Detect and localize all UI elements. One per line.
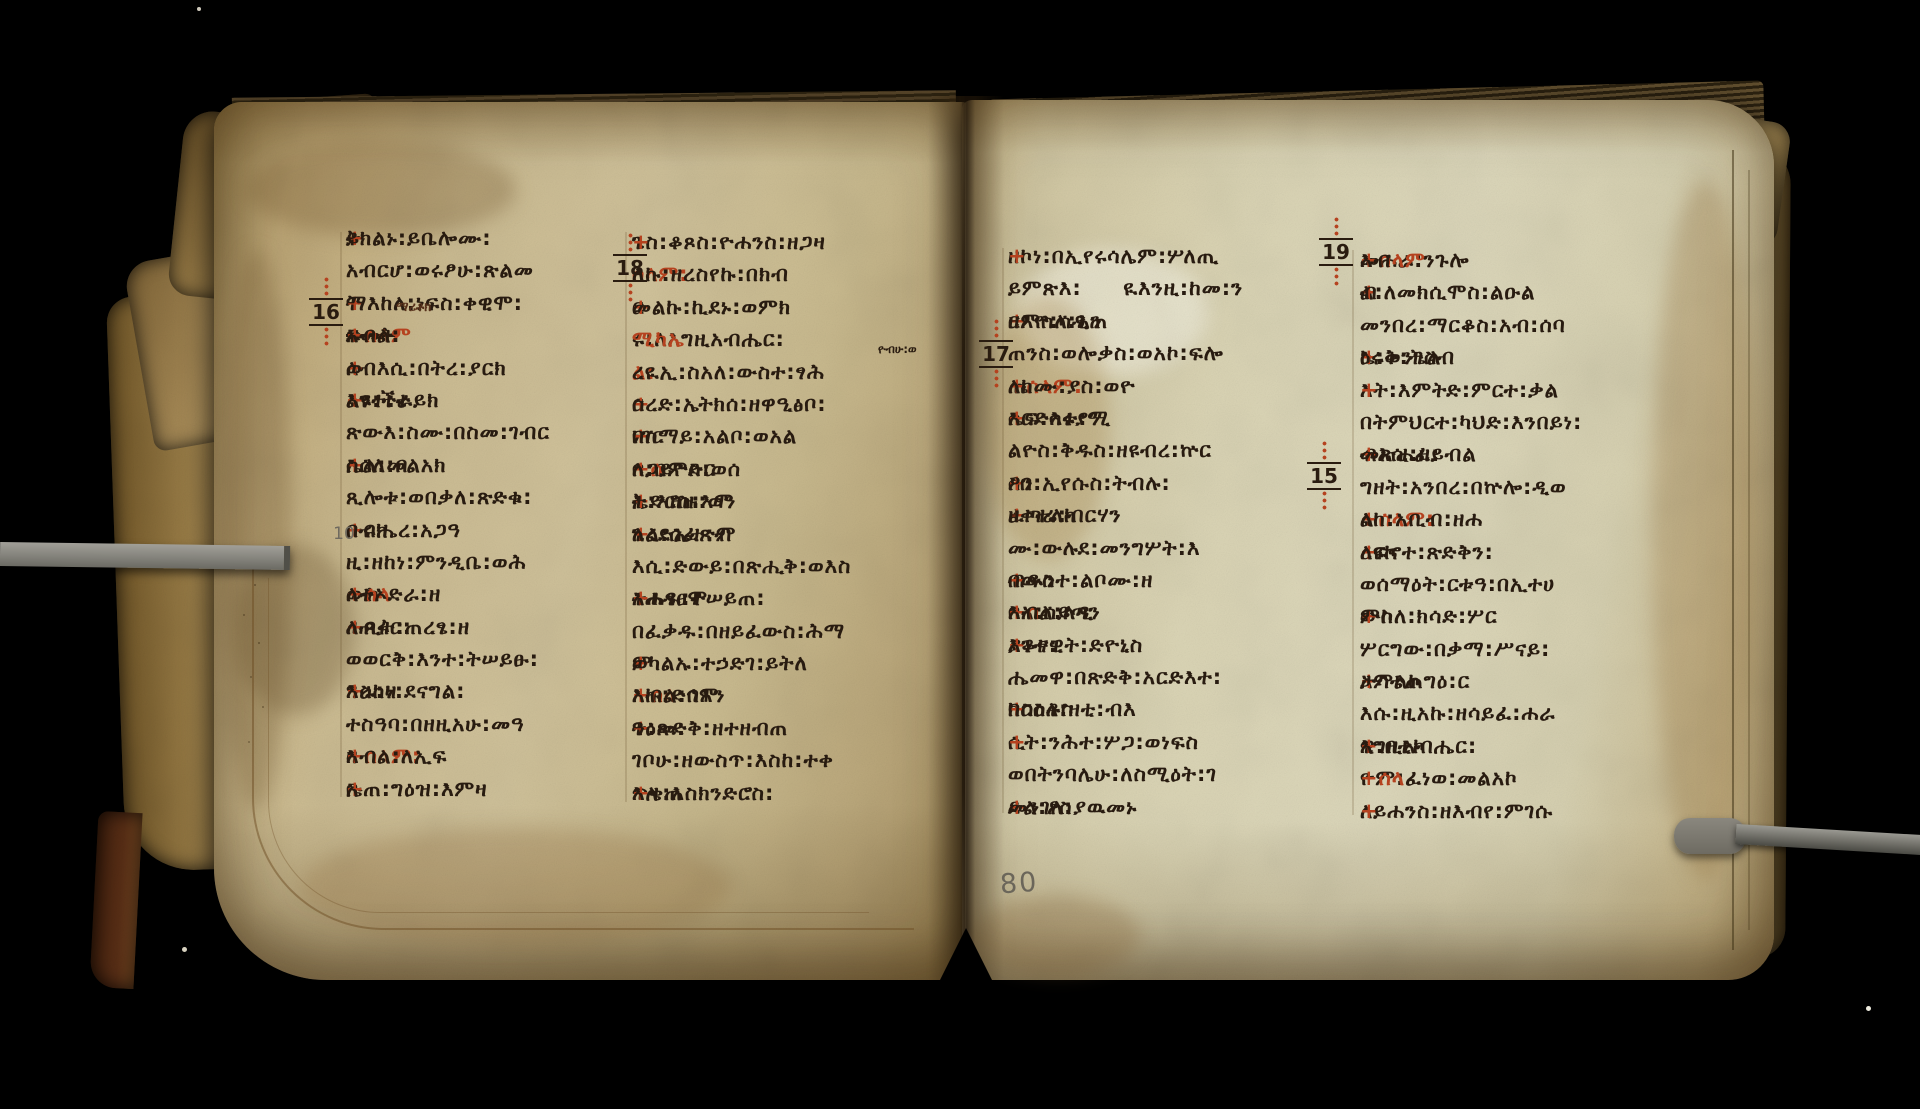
body-text: ወ [346, 352, 363, 384]
dust-speck [182, 947, 187, 952]
section-number: 18 [613, 254, 647, 282]
script-line: ም+ወካልኡ:ተኃድገ:ይትለ [632, 647, 962, 679]
section-marker: 15 [1306, 440, 1342, 512]
script-line: ጥቀጠ+እሌ:እስክንድሮስ: [632, 777, 962, 809]
body-text: ለፍኖተ:ጽድቅን: [1360, 536, 1494, 568]
script-line: ወሰማዕት:ርቱዓ:በኢተሀ [1360, 568, 1710, 600]
body-text: ሰረድ:ኤትክሰ:ዘዋዒፅቦ: [632, 388, 827, 420]
red-dots-ornament [324, 326, 329, 348]
body-text: መጽሐፈ: [1360, 438, 1440, 470]
rubric-text: + [1360, 795, 1379, 827]
body-text: ዚ:ዘከነ:ምንዲቤ:ወሕ [346, 546, 527, 578]
script-line: ልዮስ:ቅዱስ:ዘዩብረ:ኵር [1008, 434, 1338, 466]
body-text: ወካልኡ:ተኃድገ:ይትለ [632, 647, 808, 679]
red-dots-ornament [628, 232, 633, 254]
body-text: ለብሩር: [346, 611, 412, 643]
script-line: ዊ:በቲኮ+እግዚአብሔር: [1360, 730, 1710, 762]
script-line: ጌል:ሰፈጽም+ለረድኤተ:ብ [632, 518, 962, 550]
body-text: ሰሰለ:በ [346, 449, 408, 481]
body-text: በስዕለ:ዛቲ:ብእ [1008, 693, 1137, 725]
body-text: ወወርቅ:እንተ:ትሠይፁ: [346, 643, 539, 675]
manuscript-photo: ት+ይክልኑ:ይቤሎሙ:አብርሆ:ወሩፆሁ:ጽልመት+ማእከለ:ነፍስ:ቀዊሞ:… [0, 0, 1920, 1109]
body-text: ዘኮነ:በኢየሩሳሌም:ሦለጢ [1008, 240, 1219, 272]
text-column-2: ጌስ:ቆጾስ:ዮሐንስ:ዘጋዛ+ሰላም:ለኩ:ዘረስየኩ:በክብር+መልኩ:ኪደ… [632, 226, 962, 809]
body-text: መንበረ:ማርቆስ:አብ:ሰባ [1360, 309, 1566, 341]
body-text: ጽውእ:ስሙ:በስመ:ገብር [346, 416, 550, 448]
script-line: ር+ሰረድ:ኤትክሰ:ዘዋዒፅቦ: [632, 388, 962, 420]
script-line: ተስዓባ:በዘዚአሁ:መዓ [346, 708, 631, 740]
script-line: ቡጠ:ግዕዝ:እምዛ+ኤ [346, 773, 631, 805]
red-dots-ornament [1322, 440, 1327, 462]
body-text: ለክሙ:ያስ:ወዮ [1008, 370, 1136, 402]
body-text: እሱ:ዚአኩ:ዘሳይፈ:ሐራ [1360, 697, 1556, 729]
section-number: 19 [1319, 238, 1353, 266]
body-text: ብ [1360, 276, 1378, 308]
script-line: ፈጣሬ:ብርሃን+ዘቀተለከ [1008, 499, 1338, 531]
section-marker: 16 [308, 276, 344, 348]
script-line: ለብእሲ:በትረ:ያርክ+ወ [346, 352, 631, 384]
script-line: ዚ:ዘከነ:ምንዲቤ:ወሕ [346, 546, 631, 578]
script-line: ውኮ+ምስለ:ክሳድ:ሦር [1360, 600, 1710, 632]
body-text: ወበትንባሌሁ:ለስሚዕት:ገ [1008, 758, 1217, 790]
script-line: ቡሩክ+በብሔረ:አጋዓ [346, 514, 631, 546]
gutter-bottom-notch [940, 928, 992, 980]
script-line: ጤ+ሰላም:ለክሙ:ያስ:ወዮ [1008, 370, 1338, 402]
script-line: ሦርግው:በቃማ:ሥናይ: [1360, 633, 1710, 665]
script-line: በፈቃዱ:በዘይፈውስ:ሕማ [632, 615, 962, 647]
body-text: ወሰማዕት:ርቱዓ:በኢተሀ [1360, 568, 1555, 600]
interlinear-correction: ዮብሁ:ወ [878, 342, 917, 357]
body-text: እብል:በእን [632, 679, 725, 711]
body-text: አሐዱ:ተሠይጠ: [632, 582, 766, 614]
body-text: እንተ: [1008, 629, 1058, 661]
script-line: ል+ሰላም:ለከ:አቢብ:ዘሐ [1360, 503, 1710, 535]
script-line: ድል:ፆስ+መንገለ:ያዉመኑ [1008, 791, 1338, 823]
script-line: ቦአ:ሰይጣን+ሰእብል:ለዲ [1008, 596, 1338, 628]
text-column-3: ዘኮነ:በኢየሩሳሌም:ሦለጢ+ይምጽእ: ዪእንዚ:ከመ:ንርእዮ:ሳዲጠ+ዘ… [1008, 240, 1338, 823]
body-text: በሰማይ:አልቦ:ወአል [632, 420, 797, 452]
script-line: ጽውእ:ስሙ:በስመ:ገብር [346, 416, 631, 448]
script-line: መንበረ:ማርቆስ:አብ:ሰባ [1360, 309, 1710, 341]
script-line: ቦ:በምድር+ሰለጋይዮስ:ወሰ [632, 453, 962, 485]
body-text: ይክልኑ:ይቤሎሙ: [346, 222, 492, 254]
body-text: ይምጽእ: ዪእንዚ:ከመ:ን [1008, 272, 1243, 304]
body-text: እብል:ለዲ [1008, 596, 1094, 628]
script-line: ገቦሁ:ዘውስጥ:እስከ:ተቀ [632, 744, 962, 776]
script-line: ርእዮ:ሳዲጠ+ዘምስለ:እን [1008, 305, 1338, 337]
body-text: ለጋይዮስ:ወሰ [632, 453, 741, 485]
script-line: ያቆናዊት:ድዮኒስ+እንተ: [1008, 629, 1338, 661]
script-line: እሱ:ዚአኩ:ዘሳይፈ:ሐራ [1360, 697, 1710, 729]
script-line: ሙ:ውሉደ:መንግሦት:እ [1008, 532, 1338, 564]
body-text: ጠንስ:ወሎቃስ:ወአኮ:ፍሎ [1008, 337, 1224, 369]
body-text: ዖበ:ኢየሱስ:ትብሉ: [1008, 467, 1171, 499]
red-dots-ornament [628, 282, 633, 304]
section-number: 10 [330, 524, 358, 545]
script-line: ተ:ጽድቅ:ዘተዘብጠ+ዓዕመ: [632, 712, 962, 744]
right-edge-crease [1748, 170, 1750, 930]
ruling-line [1352, 250, 1354, 815]
script-line: ኤል:መልአክ+ሰሰለ:በ [346, 449, 631, 481]
script-line: ዘኮነ:በኢየሩሳሌም:ሦለጢ+ [1008, 240, 1338, 272]
bookmark-strap-left [0, 542, 290, 570]
section-marker: 17 [978, 318, 1014, 390]
body-text: አብል: [346, 319, 401, 351]
script-line: ዛ+ሰላም:እብል:ለኢፍ [346, 740, 631, 772]
script-line: ስን+ዖበ:ኢየሱስ:ትብሉ: [1008, 467, 1338, 499]
body-text: ግዘት:አንበረ:በኵሎ:ዲወ [1360, 471, 1567, 503]
body-text: እት:እምትድ:ምርተ:ቃል [1360, 374, 1559, 406]
script-line: ሐጺት:ጠረፄ:ዘ+ለብሩር: [346, 611, 631, 643]
script-line: ት+ይክልኑ:ይቤሎሙ: [346, 222, 631, 254]
script-line: እሲ:ድውይ:በጽሒቅ:ወእስ [632, 550, 962, 582]
body-text: እግዚአብሔር: [1360, 730, 1477, 762]
section-number: 16 [309, 298, 343, 326]
rubric-text: +ሰላ [1360, 762, 1405, 794]
body-text: እሲ:ድውይ:በጽሒቅ:ወእስ [632, 550, 851, 582]
body-text: ተስዓባ:በዘዚአሁ:መዓ [346, 708, 525, 740]
body-text: እስከነ:ደናግል: [346, 675, 466, 707]
body-text: ኤ [346, 773, 363, 805]
body-text: ሔመዋ:በጽድቅ:አርድእተ: [1008, 661, 1222, 693]
body-text: ምስለ:ክሳድ:ሦር [1360, 600, 1498, 632]
script-line: ክርስቶስ+በስዕለ:ዛቲ:ብእ [1008, 693, 1338, 725]
script-line: ውክ+ሰላለተኦድራ:ዘ [346, 578, 631, 610]
red-dots-ornament [324, 276, 329, 298]
body-text: ማእከለ:ነፍስ:ቀዊሞ: [346, 287, 523, 319]
script-line: ሲት:ንሕተ:ሦጋ:ወነፍስ+ [1008, 726, 1338, 758]
red-dots-ornament [1322, 490, 1327, 512]
script-line: ልዩ:ችራይክ+እንተ:ተ [346, 384, 631, 416]
body-text: ለተኦድራ:ዘ [346, 578, 441, 610]
interlinear-correction: ማሪቶክ [396, 300, 431, 315]
body-text: ታሳተጠግዕ:ር [1360, 665, 1470, 697]
body-text: ገቦሁ:ዘውስጥ:እስከ:ተቀ [632, 744, 834, 776]
section-number: 15 [1307, 462, 1341, 490]
script-line: ድፍመት+ሰላምአብል: [346, 319, 631, 351]
script-line: ል:ለመክሲሞስ:ልዑል+ብ [1360, 276, 1710, 308]
body-text: በትምህርተ:ካህድ:እንበይነ: [1360, 406, 1582, 438]
script-line: እት:እምትድ:ምርተ:ቃል+ [1360, 374, 1710, 406]
section-number: 17 [979, 340, 1013, 368]
body-text: ት:እዘዙ:ወን [632, 485, 736, 517]
text-column-1: ት+ይክልኑ:ይቤሎሙ:አብርሆ:ወሩፆሁ:ጽልመት+ማእከለ:ነፍስ:ቀዊሞ:… [346, 222, 631, 805]
script-line: ር+መልኩ:ኪደኑ:ወምክ [632, 291, 962, 323]
script-line: ብእሲ:ዘይብል+መጽሐፈ: [1360, 438, 1710, 470]
body-text: እሌ:እስክንድሮስ: [632, 777, 774, 809]
red-dots-ornament [994, 368, 999, 390]
script-line: ኬ:ወንጌል+ዕሩቅ:ትስብ [1360, 341, 1710, 373]
script-line: አብርሆ:ወሩፆሁ:ጽልመ [346, 254, 631, 286]
gutter-crease [962, 100, 965, 960]
rubric-text: + [1360, 374, 1379, 406]
script-line: ሰላም:ለኩ:ዘረስየኩ:በክብ [632, 258, 962, 290]
body-text: በፈቃዱ:በዘይፈውስ:ሕማ [632, 615, 845, 647]
script-line: ተሐፃፀሞ+አሐዱ:ተሠይጠ: [632, 582, 962, 614]
section-marker: 18 [612, 232, 648, 304]
spacer [342, 514, 347, 520]
body-text: ቡጠ:ግዕዝ:እምዛ [346, 773, 488, 805]
body-text: ዕሩቅ:ትስብ [1360, 341, 1455, 373]
dust-speck [197, 7, 201, 11]
script-line: ግዘት:አንበረ:በኵሎ:ዲወ [1360, 471, 1710, 503]
body-text: እብል:ለኢፍ [346, 740, 447, 772]
body-text: ዓዕመ: [632, 712, 686, 744]
dust-speck [1866, 1006, 1871, 1011]
body-text: ለብእሲ:በትረ:ያርክ [346, 352, 507, 384]
body-text: በብሔረ:አጋዓ [346, 514, 461, 546]
pencil-section-number: 10 [326, 514, 362, 545]
script-line: ነገር+በሰማይ:አልቦ:ወአል [632, 420, 962, 452]
script-line: በትምህርተ:ካህድ:እንበይነ: [1360, 406, 1710, 438]
script-line: ብዱን+በውስተ:ልቦሙ:ዘ [1008, 564, 1338, 596]
body-text: ሙ:ውሉደ:መንግሦት:እ [1008, 532, 1200, 564]
rubric-text: + [1008, 240, 1027, 272]
script-line: ይምጽእ: ዪእንዚ:ከመ:ን [1008, 272, 1338, 304]
script-line: አኩ:ድኅሞ+ሰላእብል:በእን [632, 679, 962, 711]
script-line: ወበትንባሌሁ:ለስሚዕት:ገ [1008, 758, 1338, 790]
body-text: አብርሆ:ወሩፆሁ:ጽልመ [346, 254, 534, 286]
red-dots-ornament [1334, 266, 1339, 288]
script-line: መሐራ:ንጉሎ+ሰላምእብ [1360, 244, 1710, 276]
script-line: ረዩኮ+ለፍኖተ:ጽድቅን: [1360, 536, 1710, 568]
body-text: ጌስ:ቆጾስ:ዮሐንስ:ዘጋዛ [632, 226, 826, 258]
script-line: ል:ረዪኢ:ስአለ:ውስተ:ፃሕ [632, 356, 962, 388]
script-line: ሴፍ:ሳሩያን+አርድእተ:ሚ [1008, 402, 1338, 434]
script-line: ጠንስ:ወሎቃስ:ወአኮ:ፍሎ [1008, 337, 1338, 369]
body-text: ለረድኤተ:ብ [632, 518, 732, 550]
body-text: አርድእተ:ሚ [1008, 402, 1111, 434]
body-text: ለከ:አቢብ:ዘሐ [1360, 503, 1483, 535]
binding-edge-sliver [89, 811, 142, 989]
body-text: ለኩ:ዘረስየኩ:በክብ [632, 258, 789, 290]
body-text: እንተ:ተ [346, 384, 411, 416]
body-text: ዘምስለ:እን [1008, 305, 1103, 337]
body-text: ረዪኢ:ስአለ:ውስተ:ፃሕ [632, 356, 825, 388]
text-column-4: መሐራ:ንጉሎ+ሰላምእብል:ለመክሲሞስ:ልዑል+ብመንበረ:ማርቆስ:አብ:… [1360, 244, 1710, 827]
body-text: ሲት:ንሕተ:ሦጋ:ወነፍስ [1008, 726, 1199, 758]
script-line: ጺሎቱ:ወበቃለ:ጽድቁ: [346, 481, 631, 513]
body-text: ጺሎቱ:ወበቃለ:ጽድቁ: [346, 481, 533, 513]
body-text: ልዮስ:ቅዱስ:ዘዩብረ:ኵር [1008, 434, 1212, 466]
folio-number-pencil: 80 [999, 867, 1039, 901]
script-line: ሔመዋ:በጽድቅ:አርድእተ: [1008, 661, 1338, 693]
body-text: እብ [1360, 244, 1391, 276]
body-text: መልኩ:ኪደኑ:ወምክ [632, 291, 791, 323]
section-marker: 19 [1318, 216, 1354, 288]
script-line: ት+ማእከለ:ነፍስ:ቀዊሞ: [346, 287, 631, 319]
rubric-text: ሚካኤ [632, 323, 685, 355]
script-line: ለይሐንስ:ዘእብየ:ምገሱ+ [1360, 795, 1710, 827]
script-line: ዮም:ፈነወ:መልአኮ+ሰላ [1360, 762, 1710, 794]
body-text: በውስተ:ልቦሙ:ዘ [1008, 564, 1153, 596]
body-text: ል:ለመክሲሞስ:ልዑል [1360, 276, 1535, 308]
body-text: ሦርግው:በቃማ:ሥናይ: [1360, 633, 1550, 665]
script-line: ዓራ:ዛ+እስከነ:ደናግል: [346, 675, 631, 707]
body-text: መንገለ:ያዉመኑ [1008, 791, 1137, 823]
body-text: ዘቀተለከ [1008, 499, 1077, 531]
script-line: ኤድሮስ:እሞ+ት:እዘዙ:ወን [632, 485, 962, 517]
script-line: አምልኮ+ታሳተጠግዕ:ር [1360, 665, 1710, 697]
script-line: ወወርቅ:እንተ:ትሠይፁ: [346, 643, 631, 675]
body-text: ለይሐንስ:ዘእብየ:ምገሱ [1360, 795, 1553, 827]
rubric-text: + [1008, 726, 1027, 758]
red-dots-ornament [994, 318, 999, 340]
script-line: ጌስ:ቆጾስ:ዮሐንስ:ዘጋዛ+ [632, 226, 962, 258]
red-dots-ornament [1334, 216, 1339, 238]
